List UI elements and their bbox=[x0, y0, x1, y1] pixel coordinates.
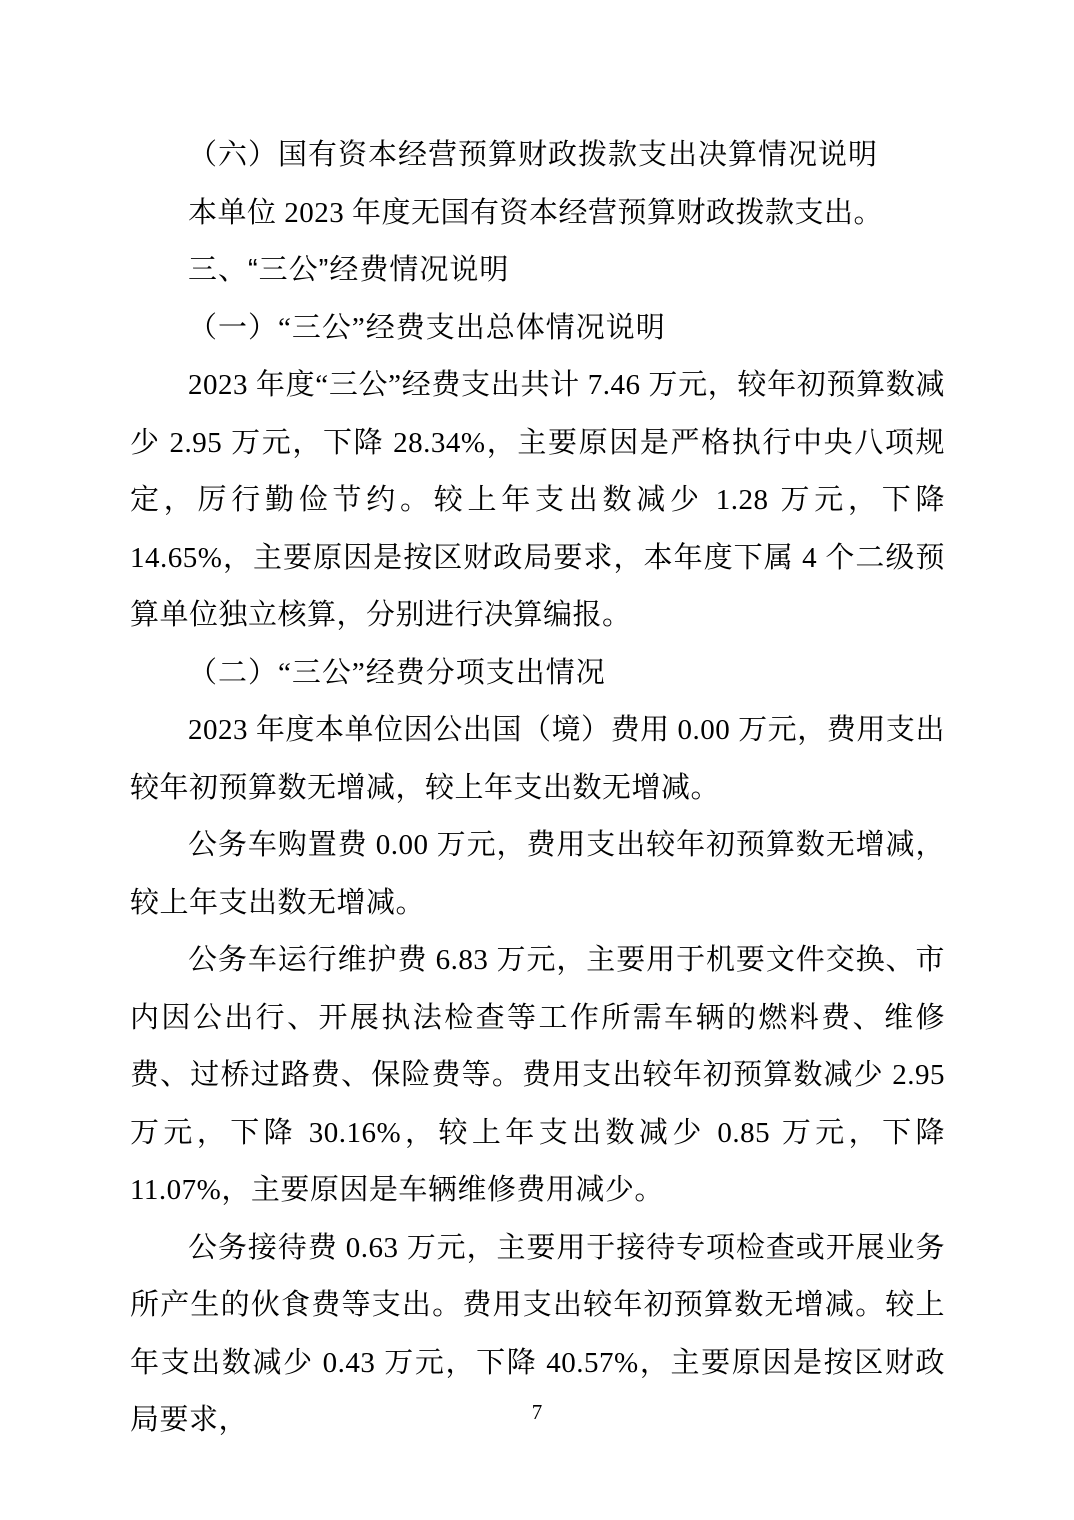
para-no-state-capital-expenditure: 本单位 2023 年度无国有资本经营预算财政拨款支出。 bbox=[130, 185, 945, 243]
para-overseas-travel-expense: 2023 年度本单位因公出国（境）费用 0.00 万元，费用支出较年初预算数无增… bbox=[130, 702, 945, 817]
para-vehicle-maintenance-expense: 公务车运行维护费 6.83 万元，主要用于机要文件交换、市内因公出行、开展执法检… bbox=[130, 932, 945, 1220]
para-vehicle-purchase-expense: 公务车购置费 0.00 万元，费用支出较年初预算数无增减，较上年支出数无增减。 bbox=[130, 817, 945, 932]
heading-overall-expenditure: （一）“三公”经费支出总体情况说明 bbox=[130, 300, 945, 358]
heading-state-capital-budget-expenditure: （六）国有资本经营预算财政拨款支出决算情况说明 bbox=[130, 127, 945, 185]
heading-three-public-funds: 三、“三公”经费情况说明 bbox=[130, 242, 945, 300]
heading-itemized-expenditure: （二）“三公”经费分项支出情况 bbox=[130, 645, 945, 703]
document-page: （六）国有资本经营预算财政拨款支出决算情况说明 本单位 2023 年度无国有资本… bbox=[0, 0, 1074, 1520]
document-body: （六）国有资本经营预算财政拨款支出决算情况说明 本单位 2023 年度无国有资本… bbox=[130, 127, 945, 1450]
para-overall-expenditure: 2023 年度“三公”经费支出共计 7.46 万元，较年初预算数减少 2.95 … bbox=[130, 357, 945, 645]
page-number: 7 bbox=[0, 1398, 1074, 1426]
